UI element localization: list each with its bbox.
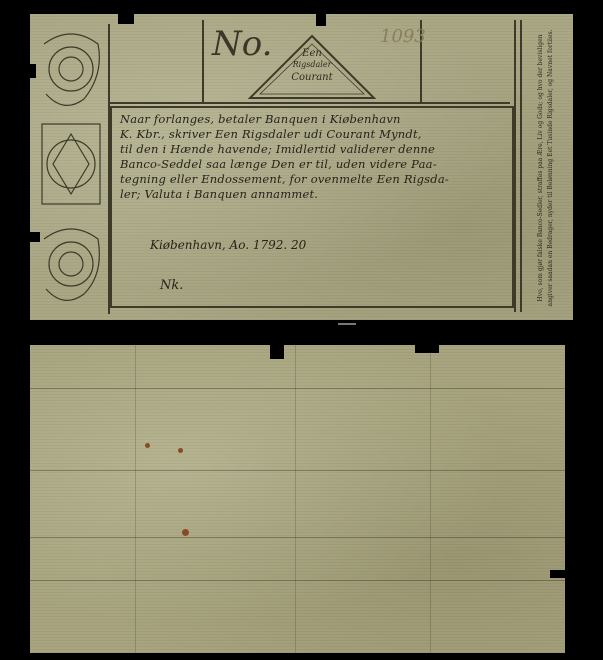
text-line: til den i Hænde havende; Imidlertid vali…	[120, 142, 510, 157]
rust-stain	[178, 448, 183, 453]
divider-mark	[338, 323, 356, 325]
tear	[316, 14, 326, 26]
text-line: Naar forlanges, betaler Banquen i Kiøben…	[120, 112, 510, 127]
tear	[30, 64, 36, 78]
triangle-line-1: Een	[248, 48, 376, 59]
fold-crease	[30, 388, 565, 389]
fold-crease	[430, 345, 431, 653]
rust-stain	[182, 529, 189, 536]
fold-crease	[30, 537, 565, 538]
tear	[118, 14, 134, 24]
main-text-box: Naar forlanges, betaler Banquen i Kiøben…	[110, 106, 514, 308]
rust-stain	[145, 443, 150, 448]
floral-ornament-border	[34, 24, 110, 314]
handwritten-serial: 1093	[380, 26, 426, 47]
denomination-triangle: Een Rigsdaler Courant	[248, 34, 376, 100]
promise-text: Naar forlanges, betaler Banquen i Kiøben…	[120, 112, 510, 202]
fold-crease	[135, 345, 136, 653]
banknote-front: No. 1093 Een Rigsdaler Courant Naar forl…	[30, 14, 573, 320]
acanthus-scroll-icon	[34, 24, 108, 314]
fold-crease	[295, 345, 296, 653]
tear	[550, 570, 565, 578]
triangle-line-3: Courant	[248, 72, 376, 83]
fold-crease	[30, 470, 565, 471]
text-line: Banco-Seddel saa længe Den er til, uden …	[120, 157, 510, 172]
signature: Nk.	[160, 278, 183, 293]
text-line: K. Kbr., skriver Een Rigsdaler udi Coura…	[120, 127, 510, 142]
date-line: Kiøbenhavn, Ao. 1792. 20	[150, 238, 306, 252]
counterfeit-warning: Hvo, som gjør falske Banco-Sedler, straf…	[520, 22, 572, 314]
tear	[270, 345, 284, 359]
triangle-line-2: Rigsdaler	[248, 60, 376, 69]
tear	[415, 345, 439, 353]
banknote-back	[30, 345, 565, 653]
frame-divider	[202, 20, 204, 102]
tear	[30, 232, 40, 242]
warning-text: Hvo, som gjør falske Banco-Sedler, straf…	[536, 23, 556, 313]
text-line: tegning eller Endossement, for ovenmelte…	[120, 172, 510, 187]
fold-crease	[30, 580, 565, 581]
text-line: ler; Valuta i Banquen annammet.	[120, 187, 510, 202]
